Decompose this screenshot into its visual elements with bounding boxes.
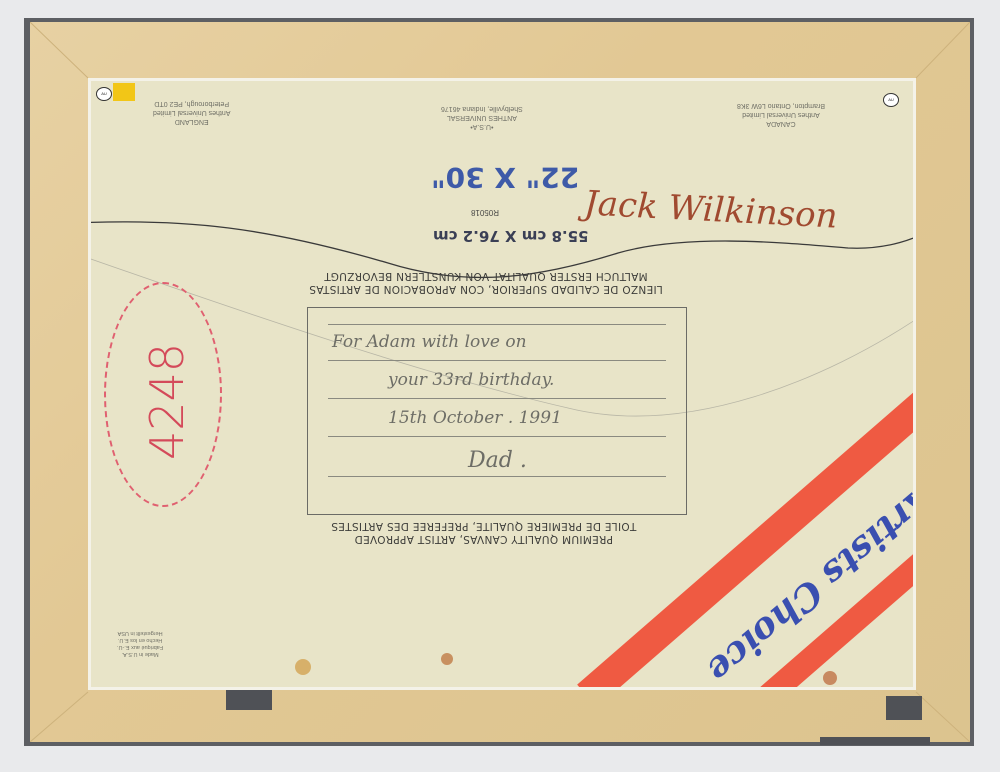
dedication-line: your 33rd birthday. (388, 370, 554, 390)
stain (823, 671, 837, 685)
paint-chip (820, 737, 930, 745)
price-sticker (113, 83, 135, 101)
stain (441, 653, 453, 665)
dedication-box: For Adam with love on your 33rd birthday… (307, 307, 687, 515)
inventory-number: 4248 (140, 350, 194, 460)
made-in-label: Made in U.S.A. Fabriqué aux E.-U. Hecho … (117, 629, 163, 657)
dedication-line: 15th October . 1991 (388, 408, 562, 428)
size-cm: 55.8 cm X 76.2 cm (433, 227, 589, 245)
dedication-line: For Adam with love on (332, 332, 527, 352)
product-code: R05018 (471, 208, 499, 217)
brand-seal-icon: AU (883, 93, 899, 107)
england-address: ENGLAND Anthes Universal Limited Peterbo… (153, 99, 230, 126)
size-inches: 22" X 30" (431, 161, 579, 194)
paint-chip (226, 690, 272, 710)
bottom-caption: PREMIUM QUALITY CANVAS, ARTIST APPROVED … (331, 519, 636, 545)
top-caption: LIENZO DE CALIDAD SUPERIOR, CON APROBACI… (309, 269, 663, 295)
brand-seal-icon: AU (96, 87, 112, 101)
canada-address: CANADA Anthes Universal Limited Brampton… (737, 101, 825, 128)
dedication-signoff: Dad . (468, 448, 527, 473)
usa-address: •U.S.A• ANTHES UNIVERSAL Shelbyville, In… (441, 104, 523, 131)
paint-chip (886, 696, 922, 720)
stain (295, 659, 311, 675)
